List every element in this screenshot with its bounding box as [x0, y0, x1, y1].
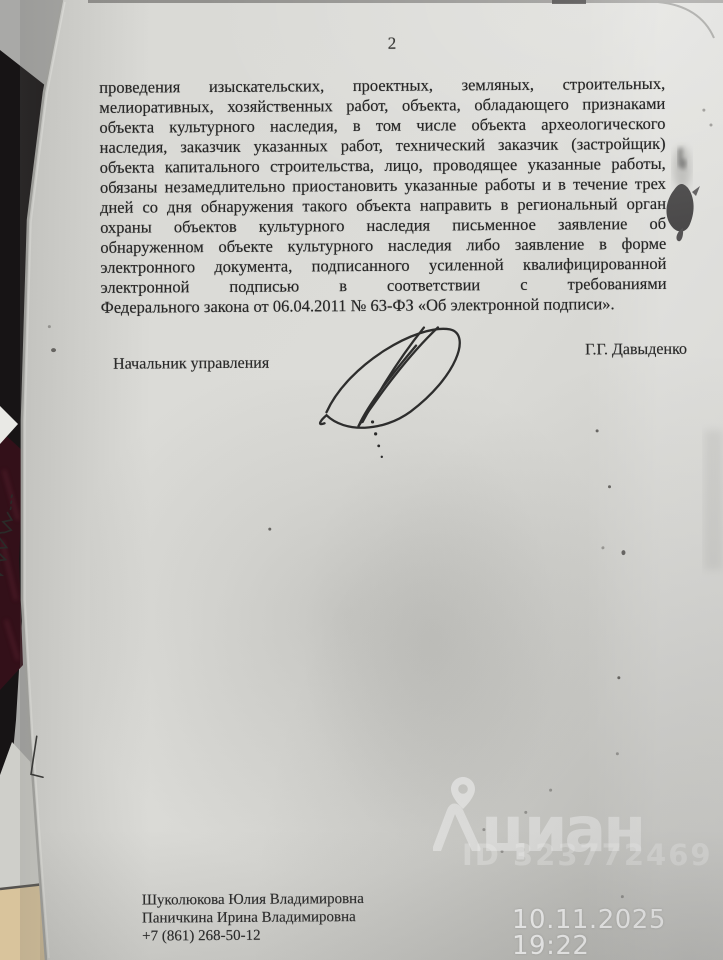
photographed-document: 2 проведения изыскательских, проектных, …	[0, 0, 723, 960]
photo-vignette	[0, 0, 723, 960]
